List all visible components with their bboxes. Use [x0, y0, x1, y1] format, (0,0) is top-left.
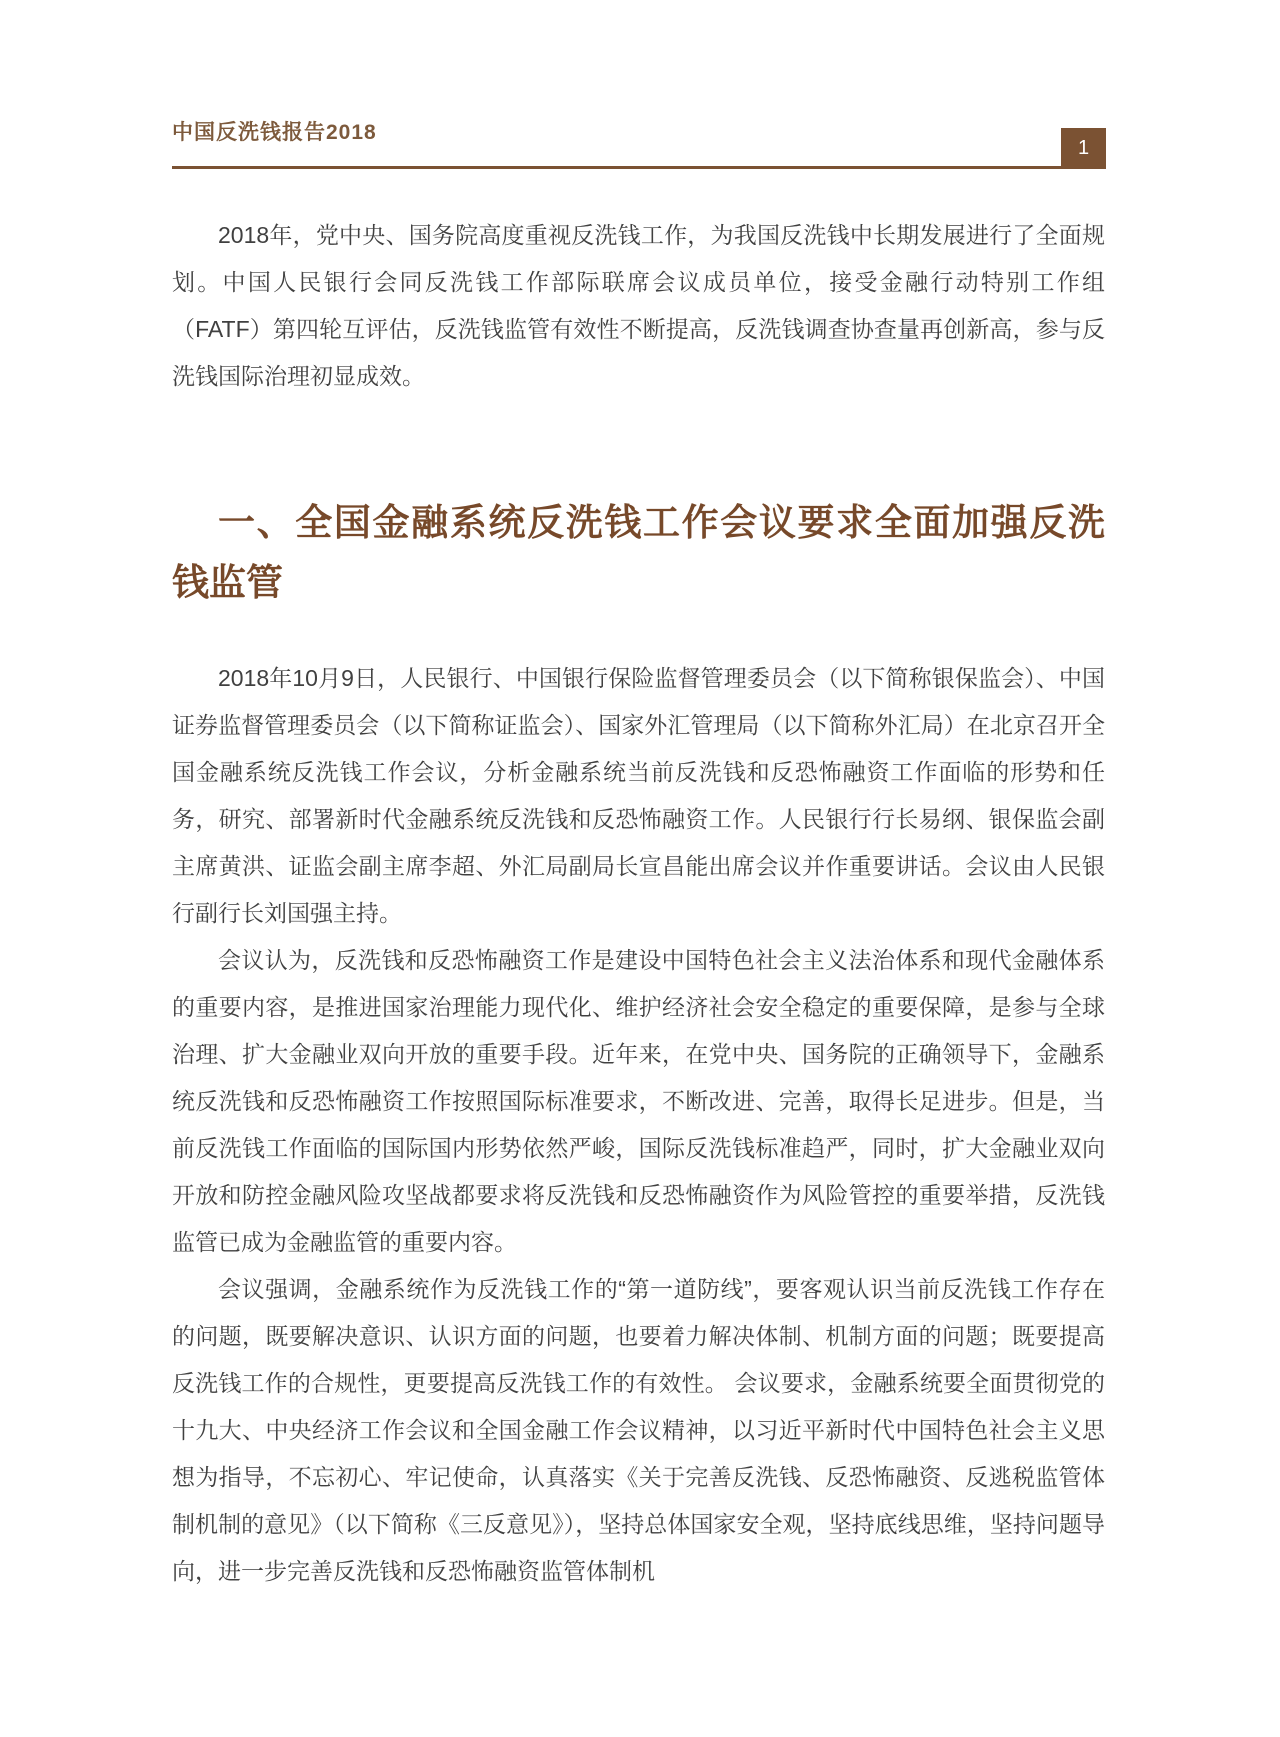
report-header-title: 中国反洗钱报告2018: [172, 116, 377, 146]
page-number-badge: 1: [1061, 128, 1106, 169]
body-paragraph: 会议认为，反洗钱和反恐怖融资工作是建设中国特色社会主义法治体系和现代金融体系的重…: [172, 937, 1105, 1266]
header-divider-line: [172, 166, 1061, 169]
body-paragraph: 会议强调，金融系统作为反洗钱工作的“第一道防线”，要客观认识当前反洗钱工作存在的…: [172, 1266, 1105, 1595]
report-page: 中国反洗钱报告2018 1 2018年，党中央、国务院高度重视反洗钱工作，为我国…: [0, 0, 1280, 1737]
intro-paragraph: 2018年，党中央、国务院高度重视反洗钱工作，为我国反洗钱中长期发展进行了全面规…: [172, 212, 1105, 400]
section-heading: 一、全国金融系统反洗钱工作会议要求全面加强反洗钱监管: [172, 494, 1105, 614]
intro-section: 2018年，党中央、国务院高度重视反洗钱工作，为我国反洗钱中长期发展进行了全面规…: [172, 212, 1105, 400]
section-body: 2018年10月9日，人民银行、中国银行保险监督管理委员会（以下简称银保监会）、…: [172, 655, 1105, 1595]
body-paragraph: 2018年10月9日，人民银行、中国银行保险监督管理委员会（以下简称银保监会）、…: [172, 655, 1105, 937]
